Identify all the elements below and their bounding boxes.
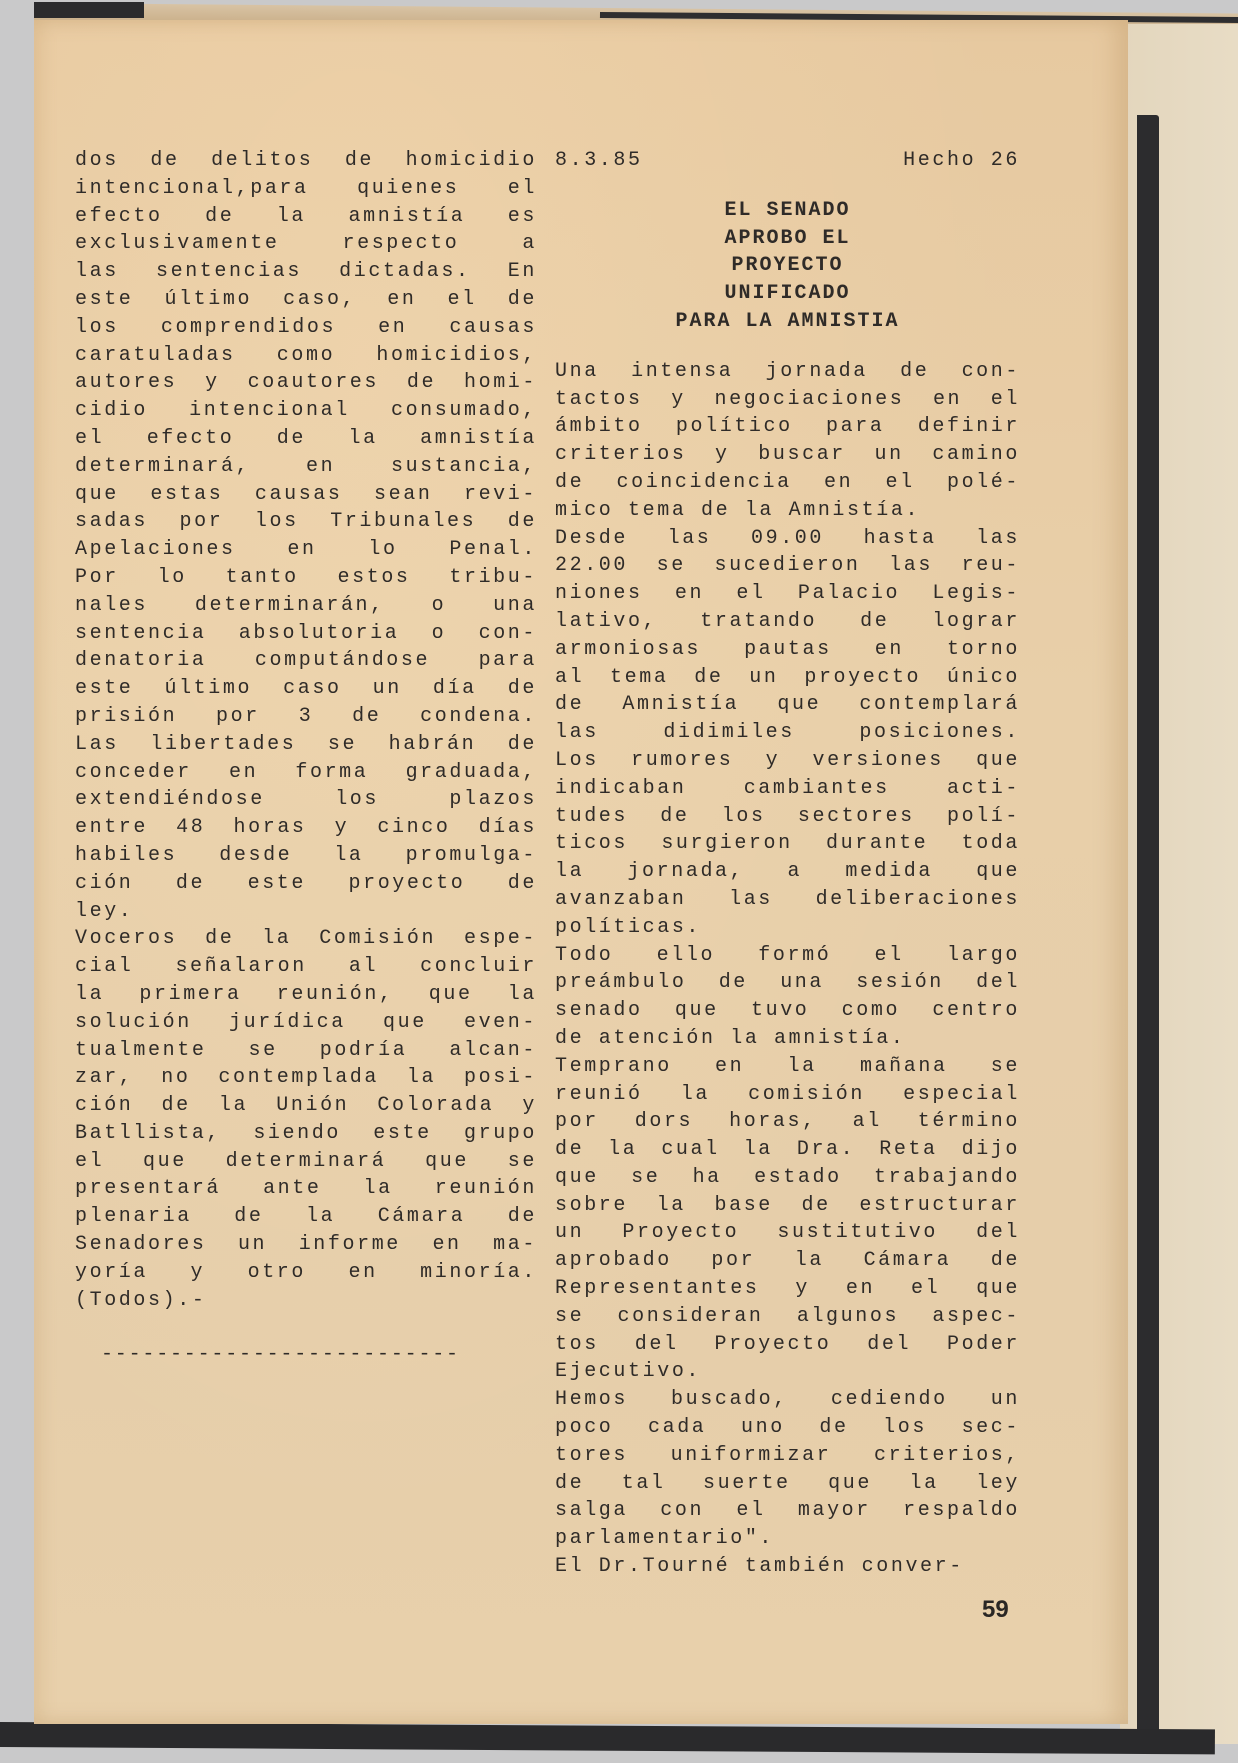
text-line: Todo ello formó el largo — [555, 942, 1020, 970]
text-line: se consideran algunos aspec- — [555, 1303, 1020, 1331]
text-line: los comprendidos en causas — [75, 314, 537, 342]
text-line: reunió la comisión especial — [555, 1081, 1020, 1109]
headline-line: UNIFICADO — [555, 280, 1020, 308]
left-column: dos de delitos de homicidiointencional,p… — [75, 147, 537, 1369]
text-line: ción de la Unión Colorada y — [75, 1092, 537, 1120]
text-line: entre 48 horas y cinco días — [75, 814, 537, 842]
text-line: cial señalaron al concluir — [75, 953, 537, 981]
text-line: políticas. — [555, 914, 1020, 942]
text-line: sadas por los Tribunales de — [75, 508, 537, 536]
text-line: poco cada uno de los sec- — [555, 1414, 1020, 1442]
text-line: que se ha estado trabajando — [555, 1164, 1020, 1192]
text-line: un Proyecto sustitutivo del — [555, 1219, 1020, 1247]
text-line: ámbito político para definir — [555, 413, 1020, 441]
text-line: cidio intencional consumado, — [75, 397, 537, 425]
right-column-body: Una intensa jornada de con-tactos y nego… — [555, 358, 1020, 1581]
top-left-binding-mark — [34, 2, 144, 18]
text-line: indicaban cambiantes acti- — [555, 775, 1020, 803]
text-line: Por lo tanto estos tribu- — [75, 564, 537, 592]
text-line: el efecto de la amnistía — [75, 425, 537, 453]
section-separator: -------------------------- — [101, 1341, 531, 1369]
text-line: que estas causas sean revi- — [75, 481, 537, 509]
text-line: Ejecutivo. — [555, 1358, 1020, 1386]
text-line: este último caso, en el de — [75, 286, 537, 314]
text-line: tores uniformizar criterios, — [555, 1442, 1020, 1470]
article-headline: EL SENADO APROBO EL PROYECTO UNIFICADO P… — [555, 197, 1020, 336]
text-line: Desde las 09.00 hasta las — [555, 525, 1020, 553]
text-line: criterios y buscar un camino — [555, 441, 1020, 469]
text-line: conceder en forma graduada, — [75, 759, 537, 787]
text-line: de coincidencia en el polé- — [555, 469, 1020, 497]
text-line: aprobado por la Cámara de — [555, 1247, 1020, 1275]
headline-line: EL SENADO — [555, 197, 1020, 225]
headline-line: APROBO EL — [555, 225, 1020, 253]
text-line: determinará, en sustancia, — [75, 453, 537, 481]
text-line: salga con el mayor respaldo — [555, 1497, 1020, 1525]
text-line: tactos y negociaciones en el — [555, 386, 1020, 414]
text-line: sobre la base de estructurar — [555, 1192, 1020, 1220]
right-column: 8.3.85 Hecho 26 EL SENADO APROBO EL PROY… — [555, 147, 1020, 1581]
entry-label: Hecho 26 — [903, 147, 1020, 175]
text-line: prisión por 3 de condena. — [75, 703, 537, 731]
text-line: la jornada, a medida que — [555, 858, 1020, 886]
text-line: 22.00 se sucedieron las reu- — [555, 552, 1020, 580]
text-line: armoniosas pautas en torno — [555, 636, 1020, 664]
headline-line: PROYECTO — [555, 252, 1020, 280]
text-line: intencional,para quienes el — [75, 175, 537, 203]
text-line: Hemos buscado, cediendo un — [555, 1386, 1020, 1414]
text-line: caratuladas como homicidios, — [75, 342, 537, 370]
text-line: avanzaban las deliberaciones — [555, 886, 1020, 914]
text-line: tudes de los sectores polí- — [555, 803, 1020, 831]
text-line: Senadores un informe en ma- — [75, 1231, 537, 1259]
text-line: Una intensa jornada de con- — [555, 358, 1020, 386]
page-number: 59 — [982, 1596, 1009, 1624]
text-line: plenaria de la Cámara de — [75, 1203, 537, 1231]
text-line: Voceros de la Comisión espe- — [75, 925, 537, 953]
text-line: parlamentario". — [555, 1525, 1020, 1553]
text-line: presentará ante la reunión — [75, 1175, 537, 1203]
text-line: ción de este proyecto de — [75, 870, 537, 898]
text-line: Representantes y en el que — [555, 1275, 1020, 1303]
text-line: exclusivamente respecto a — [75, 230, 537, 258]
text-line: yoría y otro en minoría. — [75, 1259, 537, 1287]
text-line: extendiéndose los plazos — [75, 786, 537, 814]
text-line: Las libertades se habrán de — [75, 731, 537, 759]
text-line: efecto de la amnistía es — [75, 203, 537, 231]
binding-bar — [1137, 115, 1159, 1735]
text-line: denatoria computándose para — [75, 647, 537, 675]
text-line: las sentencias dictadas. En — [75, 258, 537, 286]
text-line: habiles desde la promulga- — [75, 842, 537, 870]
text-line: dos de delitos de homicidio — [75, 147, 537, 175]
text-line: ley. — [75, 898, 537, 926]
text-line: mico tema de la Amnistía. — [555, 497, 1020, 525]
text-line: El Dr.Tourné también conver- — [555, 1553, 1020, 1581]
text-line: niones en el Palacio Legis- — [555, 580, 1020, 608]
text-line: tualmente se podría alcan- — [75, 1037, 537, 1065]
text-line: Temprano en la mañana se — [555, 1053, 1020, 1081]
text-line: sentencia absolutoria o con- — [75, 620, 537, 648]
text-line: de Amnistía que contemplará — [555, 691, 1020, 719]
text-line: ticos surgieron durante toda — [555, 830, 1020, 858]
text-line: por dors horas, al término — [555, 1108, 1020, 1136]
text-line: nales determinarán, o una — [75, 592, 537, 620]
text-line: preámbulo de una sesión del — [555, 969, 1020, 997]
text-line: senado que tuvo como centro — [555, 997, 1020, 1025]
text-line: Apelaciones en lo Penal. — [75, 536, 537, 564]
text-line: de la cual la Dra. Reta dijo — [555, 1136, 1020, 1164]
text-line: las didimiles posiciones. — [555, 719, 1020, 747]
text-line: (Todos).- — [75, 1287, 537, 1315]
entry-header: 8.3.85 Hecho 26 — [555, 147, 1020, 175]
text-line: el que determinará que se — [75, 1148, 537, 1176]
text-line: de tal suerte que la ley — [555, 1470, 1020, 1498]
entry-date: 8.3.85 — [555, 147, 643, 175]
text-line: Los rumores y versiones que — [555, 747, 1020, 775]
text-line: lativo, tratando de lograr — [555, 608, 1020, 636]
text-line: la primera reunión, que la — [75, 981, 537, 1009]
headline-line: PARA LA AMNISTIA — [555, 308, 1020, 336]
text-line: de atención la amnistía. — [555, 1025, 1020, 1053]
text-line: autores y coautores de homi- — [75, 369, 537, 397]
text-line: este último caso un día de — [75, 675, 537, 703]
text-line: solución jurídica que even- — [75, 1009, 537, 1037]
text-line: tos del Proyecto del Poder — [555, 1331, 1020, 1359]
text-line: Batllista, siendo este grupo — [75, 1120, 537, 1148]
text-line: al tema de un proyecto único — [555, 664, 1020, 692]
text-line: zar, no contemplada la posi- — [75, 1064, 537, 1092]
